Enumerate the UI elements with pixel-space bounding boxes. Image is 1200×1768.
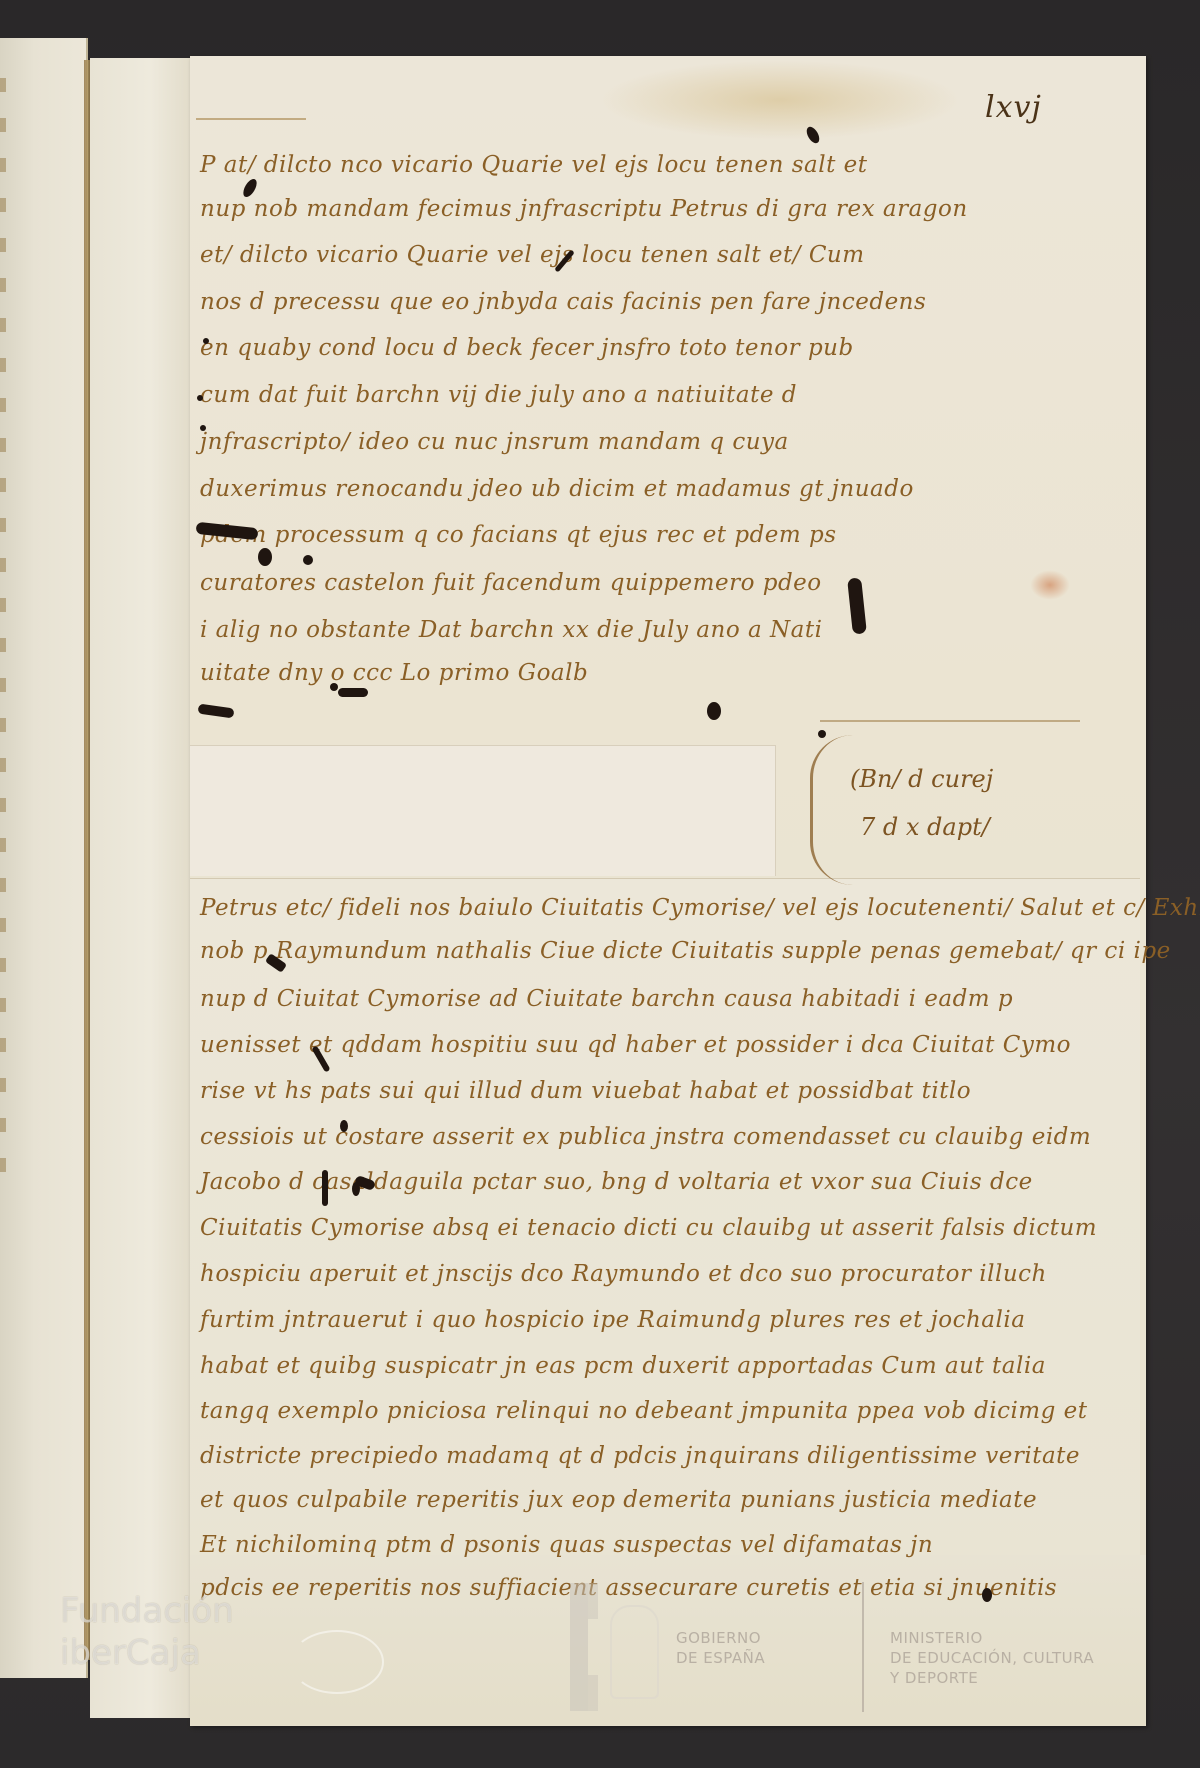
ink-hole [340,1120,348,1132]
ink-hole [197,395,203,401]
ink-hole [330,683,338,691]
text-line: jnfrascripto/ ideo cu nuc jnsrum mandam … [200,422,789,462]
folio-number: lxvj [985,90,1042,125]
fundacion-ibercaja-watermark: Fundación iberCaja [60,1590,234,1674]
text-line: uitate dny o ccc Lo primo Goalb [200,653,588,693]
coat-of-arms-icon [610,1605,659,1699]
note-line: 7 d x dapt/ [860,813,990,841]
text-line: nup nob mandam fecimus jnfrascriptu Petr… [200,189,968,229]
binding-guard-strip [90,58,190,1718]
text-line: uenisset et qddam hospitiu suu qd haber … [200,1025,1071,1065]
note-line: (Bn/ d curej [850,765,993,793]
ministerio-label: MINISTERIO DE EDUCACIÓN, CULTURA Y DEPOR… [890,1628,1094,1688]
text-line: i alig no obstante Dat barchn xx die Jul… [200,610,822,650]
gobierno-espana-watermark: GOBIERNO DE ESPAÑA MINISTERIO DE EDUCACI… [570,1580,1190,1730]
marginal-note: (Bn/ d curej 7 d x dapt/ [810,735,1080,885]
text-line: cum dat fuit barchn vij die july ano a n… [200,375,797,415]
ink-blot [352,1182,360,1196]
bracket-mark [810,735,853,885]
ink-hole [200,425,206,431]
ibercaja-swirl-icon [290,1630,384,1694]
ink-hole [303,555,313,565]
red-stain [1030,570,1070,600]
text-line: nos d precessu que eo jnbyda cais facini… [200,282,926,322]
text-line: Et nichilominq ptm d psonis quas suspect… [200,1525,933,1565]
ink-blot [258,548,272,566]
spain-flag-bar-icon [570,1583,588,1711]
text-line: cessiois ut costare asserit ex publica j… [200,1117,1091,1157]
ink-blot [338,688,368,697]
watermark-line: Fundación [60,1590,234,1632]
facing-page-edge [0,38,88,1678]
text-line: districte precipiedo madamq qt d pdcis j… [200,1436,1080,1476]
text-line: habat et quibg suspicatr jn eas pcm duxe… [200,1346,1046,1386]
water-stain [600,60,960,140]
blank-pasted-slip [190,745,776,876]
watermark-line: iberCaja [60,1632,234,1674]
facing-page-ink-traces [0,78,6,1178]
watermark-divider [862,1582,864,1712]
text-line: tangq exemplo pniciosa relinqui no debea… [200,1391,1088,1431]
text-line: hospiciu aperuit et jnscijs dco Raymundo… [200,1254,1047,1294]
text-line: nob p Raymundum nathalis Ciue dicte Ciui… [200,931,1171,971]
text-line: en quaby cond locu d beck fecer jnsfro t… [200,328,854,368]
ink-hole [818,730,826,738]
ink-hole [203,338,209,344]
text-line: P at/ dilcto nco vicario Quarie vel ejs … [200,145,868,185]
text-line: pdem processum q co facians qt ejus rec … [200,515,837,555]
text-line: nup d Ciuitat Cymorise ad Ciuitate barch… [200,979,1013,1019]
text-line: rise vt hs pats sui qui illud dum viueba… [200,1071,971,1111]
ink-blot [322,1170,328,1206]
ink-blot [707,702,721,720]
top-ruling-line [196,118,306,120]
gobierno-label: GOBIERNO DE ESPAÑA [676,1628,765,1668]
text-line: duxerimus renocandu jdeo ub dicim et mad… [200,469,914,509]
text-line: et quos culpabile reperitis jux eop deme… [200,1480,1037,1520]
text-line: Petrus etc/ fideli nos baiulo Ciuitatis … [200,888,1200,928]
text-line: furtim jntrauerut i quo hospicio ipe Rai… [200,1300,1025,1340]
text-line: Ciuitatis Cymorise absq ei tenacio dicti… [200,1208,1097,1248]
text-line: et/ dilcto vicario Quarie vel ejs locu t… [200,235,865,275]
text-line: curatores castelon fuit facendum quippem… [200,563,822,603]
note-ruling-line [820,720,1080,722]
